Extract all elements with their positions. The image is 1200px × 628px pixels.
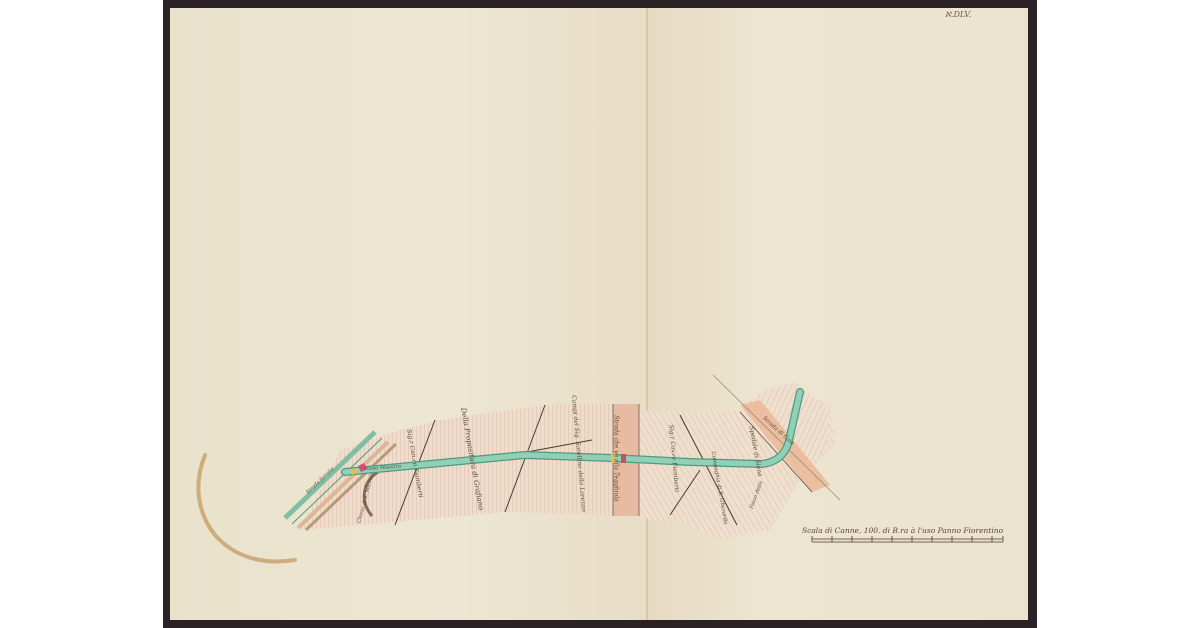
scale-title: Scala di Canne, 100. di B.ra à l'uso Pan… [802,526,1003,535]
water-stain [198,455,295,562]
parcel-area-west [300,403,612,530]
map-drawing [0,0,1200,628]
scale-bar [812,536,1003,542]
label-strada-tegghiola: Strada che va alla Tegghiola [613,415,620,501]
catalog-number: ℵ.DLV. [945,10,971,19]
